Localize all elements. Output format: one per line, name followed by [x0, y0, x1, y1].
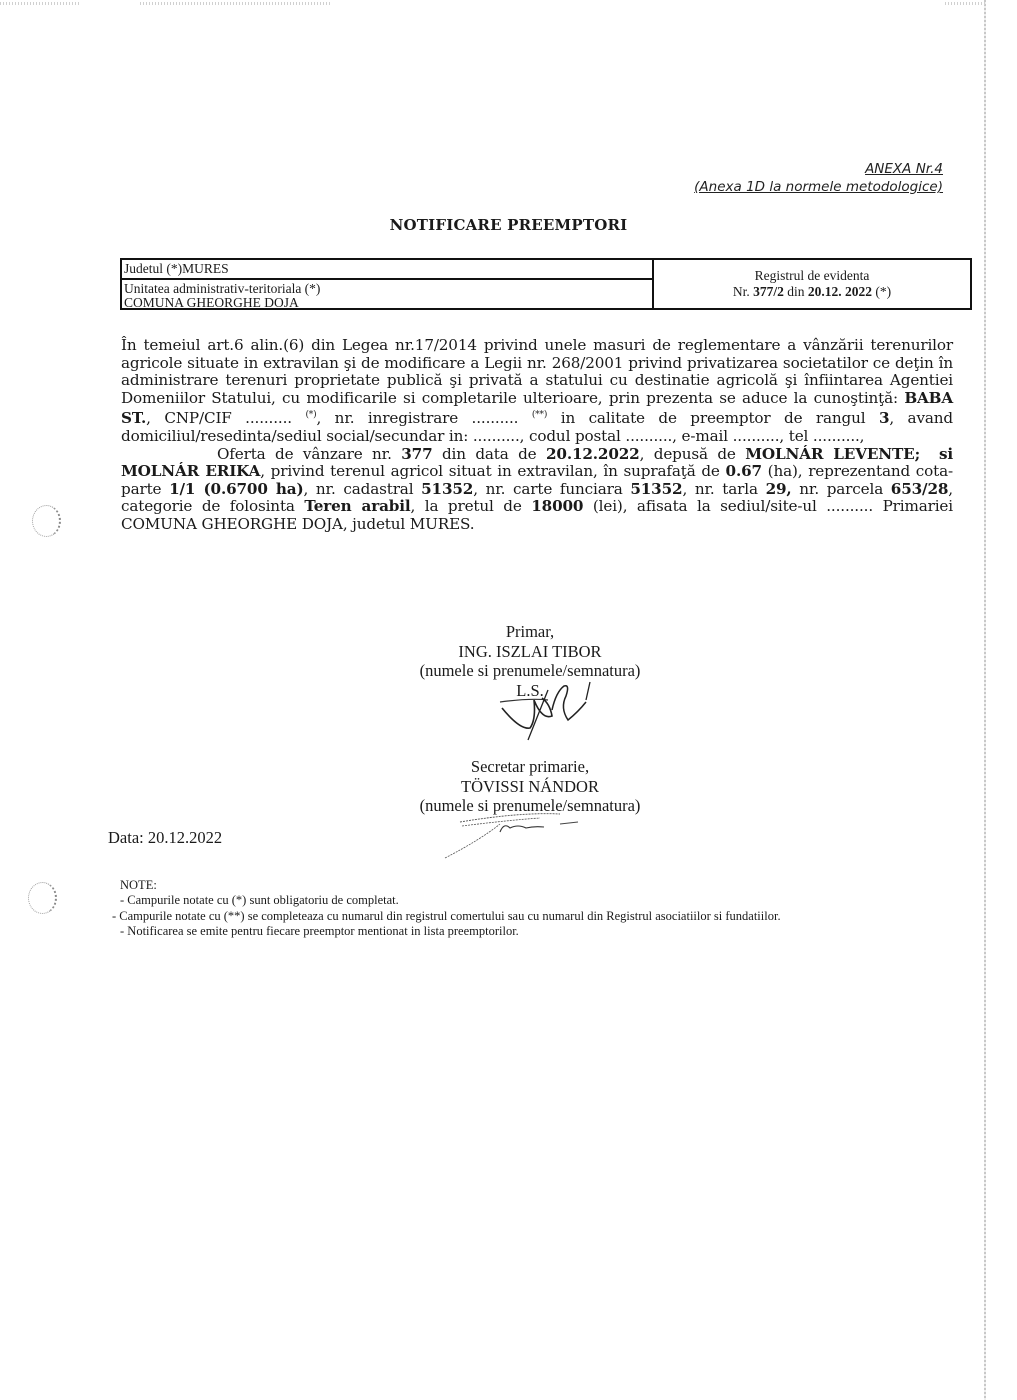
annex-reference: ANEXA Nr.4 (Anexa 1D la normele metodolo…	[694, 160, 943, 196]
registry-din: din	[784, 284, 808, 299]
seller-1: MOLNÁR LEVENTE;	[745, 445, 920, 463]
price: 18000	[531, 497, 583, 515]
registry-prefix: Nr.	[733, 284, 753, 299]
scan-edge	[140, 2, 330, 5]
punch-hole-icon	[32, 505, 61, 537]
notes-title: NOTE:	[112, 878, 932, 893]
registry-label: Registrul de evidenta	[755, 268, 870, 284]
secretary-name: TÖVISSI NÁNDOR	[370, 777, 690, 797]
offer-date: 20.12.2022	[546, 445, 640, 463]
legal-basis-paragraph: În temeiul art.6 alin.(6) din Legea nr.1…	[121, 337, 953, 446]
text: , nr. tarla	[682, 480, 765, 498]
footnote-mark: (**)	[532, 410, 547, 420]
text: nr. parcela	[792, 480, 891, 498]
secretary-signature-block: Secretar primarie, TÖVISSI NÁNDOR (numel…	[370, 757, 690, 816]
text: În temeiul art.6 alin.(6) din Legea nr.1…	[121, 336, 953, 407]
document-title: NOTIFICARE PREEMPTORI	[0, 216, 1017, 234]
mayor-caption: (numele si prenumele/semnatura)	[370, 661, 690, 681]
note-item: - Campurile notate cu (**) se completeaz…	[112, 909, 932, 924]
uat-label: Unitatea administrativ-teritoriala (*)	[124, 282, 652, 296]
note-item: - Notificarea se emite pentru fiecare pr…	[112, 924, 932, 939]
registry-number: 377/2	[753, 284, 784, 299]
mayor-name: ING. ISZLAI TIBOR	[370, 642, 690, 662]
text: , nr. carte funciara	[473, 480, 630, 498]
uat-field: Unitatea administrativ-teritoriala (*) C…	[122, 280, 652, 310]
text: , privind terenul agricol situat in extr…	[260, 462, 725, 480]
registry-suffix: (*)	[872, 284, 891, 299]
offer-paragraph: Oferta de vânzare nr. 377 din data de 20…	[121, 446, 953, 534]
mayor-signature-icon	[490, 680, 620, 750]
land-book-number: 51352	[630, 480, 682, 498]
registry-date: 20.12. 2022	[808, 284, 872, 299]
area-ha: 0.67	[726, 462, 762, 480]
registry-cell: Registrul de evidenta Nr. 377/2 din 20.1…	[654, 260, 970, 308]
share: 1/1 (0.6700 ha)	[169, 480, 303, 498]
notification-body: În temeiul art.6 alin.(6) din Legea nr.1…	[121, 337, 953, 534]
text: in calitate de preemptor de rangul	[547, 409, 879, 427]
text: , CNP/CIF ..........	[146, 409, 305, 427]
document-date: Data: 20.12.2022	[108, 828, 222, 848]
scan-edge	[0, 2, 80, 5]
cadastral-number: 51352	[421, 480, 473, 498]
text	[920, 445, 939, 463]
uat-value: COMUNA GHEORGHE DOJA	[124, 296, 652, 310]
header-left-column: Judetul (*)MURES Unitatea administrativ-…	[122, 260, 654, 308]
annex-number: ANEXA Nr.4	[694, 160, 943, 178]
text: , nr. cadastral	[304, 480, 422, 498]
text: , nr. inregistrare ..........	[317, 409, 532, 427]
header-table: Judetul (*)MURES Unitatea administrativ-…	[120, 258, 972, 310]
county-field: Judetul (*)MURES	[122, 260, 652, 280]
secretary-signature-icon	[440, 810, 610, 860]
parcel-number: 653/28	[891, 480, 949, 498]
text: , depusă de	[640, 445, 746, 463]
footnote-mark: (*)	[305, 410, 316, 420]
use-category: Teren arabil	[304, 497, 410, 515]
tarla-number: 29,	[766, 480, 792, 498]
text: din data de	[433, 445, 546, 463]
scan-edge	[984, 0, 986, 1400]
punch-hole-icon	[28, 882, 57, 914]
offer-number: 377	[401, 445, 432, 463]
mayor-role: Primar,	[370, 622, 690, 642]
annex-subtitle: (Anexa 1D la normele metodologice)	[694, 178, 943, 196]
text: , la pretul de	[411, 497, 532, 515]
note-item: - Campurile notate cu (*) sunt obligator…	[112, 893, 932, 908]
secretary-role: Secretar primarie,	[370, 757, 690, 777]
scan-edge	[945, 2, 985, 5]
preemptor-rank: 3	[879, 409, 889, 427]
text: Oferta de vânzare nr.	[217, 445, 401, 463]
notes-section: NOTE: - Campurile notate cu (*) sunt obl…	[112, 878, 932, 939]
registry-number-line: Nr. 377/2 din 20.12. 2022 (*)	[733, 284, 891, 300]
